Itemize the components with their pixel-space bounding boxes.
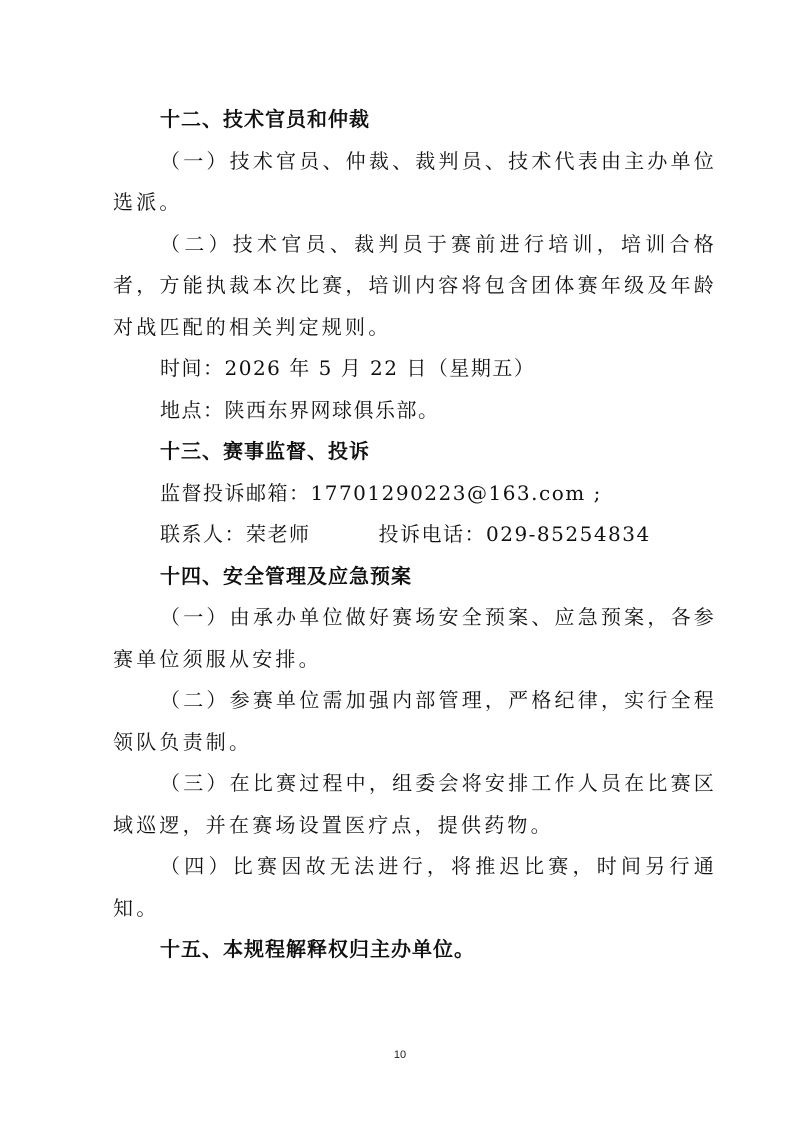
section-heading: 十四、安全管理及应急预案 [113,556,717,598]
paragraph: （四）比赛因故无法进行，将推迟比赛，时间另行通知。 [113,846,717,929]
section-heading: 十三、赛事监督、投诉 [113,431,717,473]
phone-value[interactable]: 029-85254834 [486,522,651,546]
section-heading: 十二、技术官员和仲裁 [113,99,717,141]
section-supervision-complaints: 十三、赛事监督、投诉 监督投诉邮箱：17701290223@163.com ; … [113,431,717,556]
email-value[interactable]: 17701290223@163.com ; [311,481,602,505]
paragraph: （三）在比赛过程中，组委会将安排工作人员在比赛区域巡逻，并在赛场设置医疗点，提供… [113,763,717,846]
complaint-email: 监督投诉邮箱：17701290223@163.com ; [113,473,717,515]
paragraph: （二）参赛单位需加强内部管理，严格纪律，实行全程领队负责制。 [113,680,717,763]
detail-label: 地点： [160,398,225,422]
detail-location: 地点：陕西东界网球俱乐部。 [113,390,717,432]
document-page: 十二、技术官员和仲裁 （一）技术官员、仲裁、裁判员、技术代表由主办单位选派。 （… [113,99,717,971]
section-heading: 十五、本规程解释权归主办单位。 [113,929,717,971]
section-interpretation-right: 十五、本规程解释权归主办单位。 [113,929,717,971]
detail-value: 2026 年 5 月 22 日（星期五） [225,356,536,380]
contact-value: 荣老师 [246,522,311,546]
contact-label: 联系人： [160,522,246,546]
detail-label: 时间： [160,356,225,380]
phone-label: 投诉电话： [379,522,487,546]
section-safety-emergency: 十四、安全管理及应急预案 （一）由承办单位做好赛场安全预案、应急预案，各参赛单位… [113,556,717,930]
detail-value: 陕西东界网球俱乐部。 [225,398,440,422]
paragraph: （一）技术官员、仲裁、裁判员、技术代表由主办单位选派。 [113,141,717,224]
page-number: 10 [0,1049,800,1061]
detail-time: 时间：2026 年 5 月 22 日（星期五） [113,348,717,390]
section-technical-officials: 十二、技术官员和仲裁 （一）技术官员、仲裁、裁判员、技术代表由主办单位选派。 （… [113,99,717,431]
paragraph: （二）技术官员、裁判员于赛前进行培训，培训合格者，方能执裁本次比赛，培训内容将包… [113,224,717,349]
paragraph: （一）由承办单位做好赛场安全预案、应急预案，各参赛单位须服从安排。 [113,597,717,680]
contact-line: 联系人：荣老师投诉电话：029-85254834 [113,514,717,556]
email-label: 监督投诉邮箱： [160,481,311,505]
